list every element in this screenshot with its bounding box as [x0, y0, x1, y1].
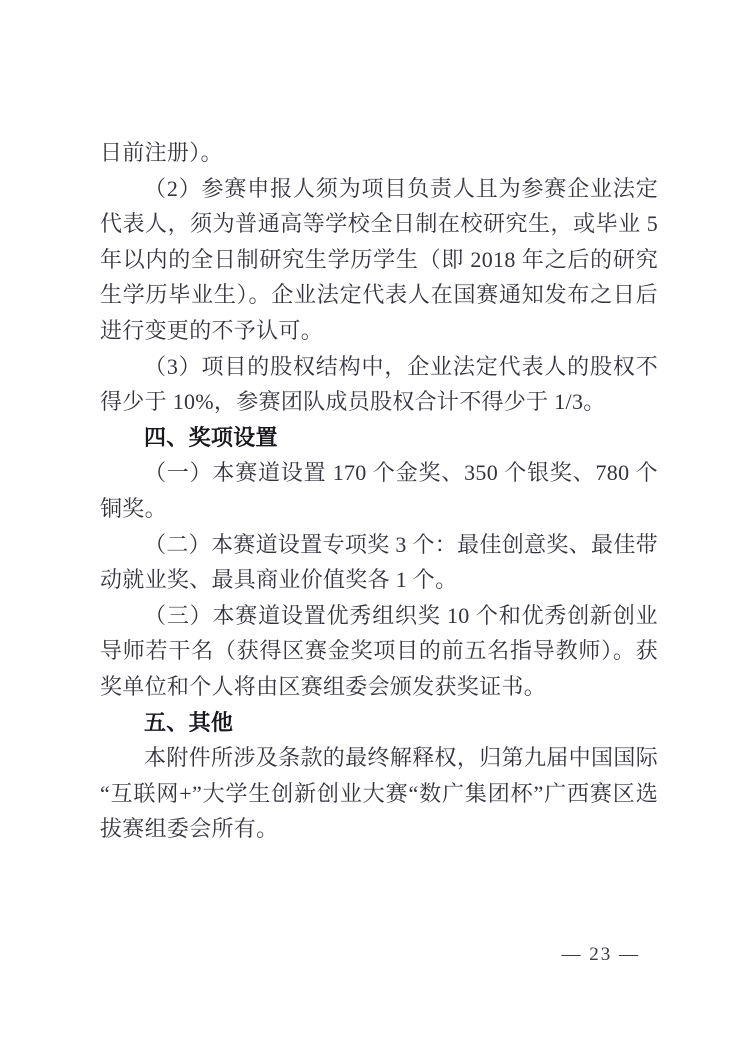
paragraph: 本附件所涉及条款的最终解释权，归第九届中国国际“互联网+”大学生创新创业大赛“数…: [100, 740, 658, 847]
document-page: 日前注册）。（2）参赛申报人须为项目负责人且为参赛企业法定代表人，须为普通高等学…: [0, 0, 750, 1060]
paragraph: （三）本赛道设置优秀组织奖 10 个和优秀创新创业导师若干名（获得区赛金奖项目的…: [100, 598, 658, 705]
paragraph: 日前注册）。: [100, 135, 658, 171]
document-body: 日前注册）。（2）参赛申报人须为项目负责人且为参赛企业法定代表人，须为普通高等学…: [100, 135, 658, 847]
paragraph: （3）项目的股权结构中，企业法定代表人的股权不得少于 10%，参赛团队成员股权合…: [100, 349, 658, 420]
section-heading: 五、其他: [100, 705, 658, 741]
paragraph: （一）本赛道设置 170 个金奖、350 个银奖、780 个铜奖。: [100, 455, 658, 526]
section-heading: 四、奖项设置: [100, 420, 658, 456]
paragraph: （2）参赛申报人须为项目负责人且为参赛企业法定代表人，须为普通高等学校全日制在校…: [100, 171, 658, 349]
paragraph: （二）本赛道设置专项奖 3 个：最佳创意奖、最佳带动就业奖、最具商业价值奖各 1…: [100, 527, 658, 598]
page-number: — 23 —: [562, 944, 641, 966]
